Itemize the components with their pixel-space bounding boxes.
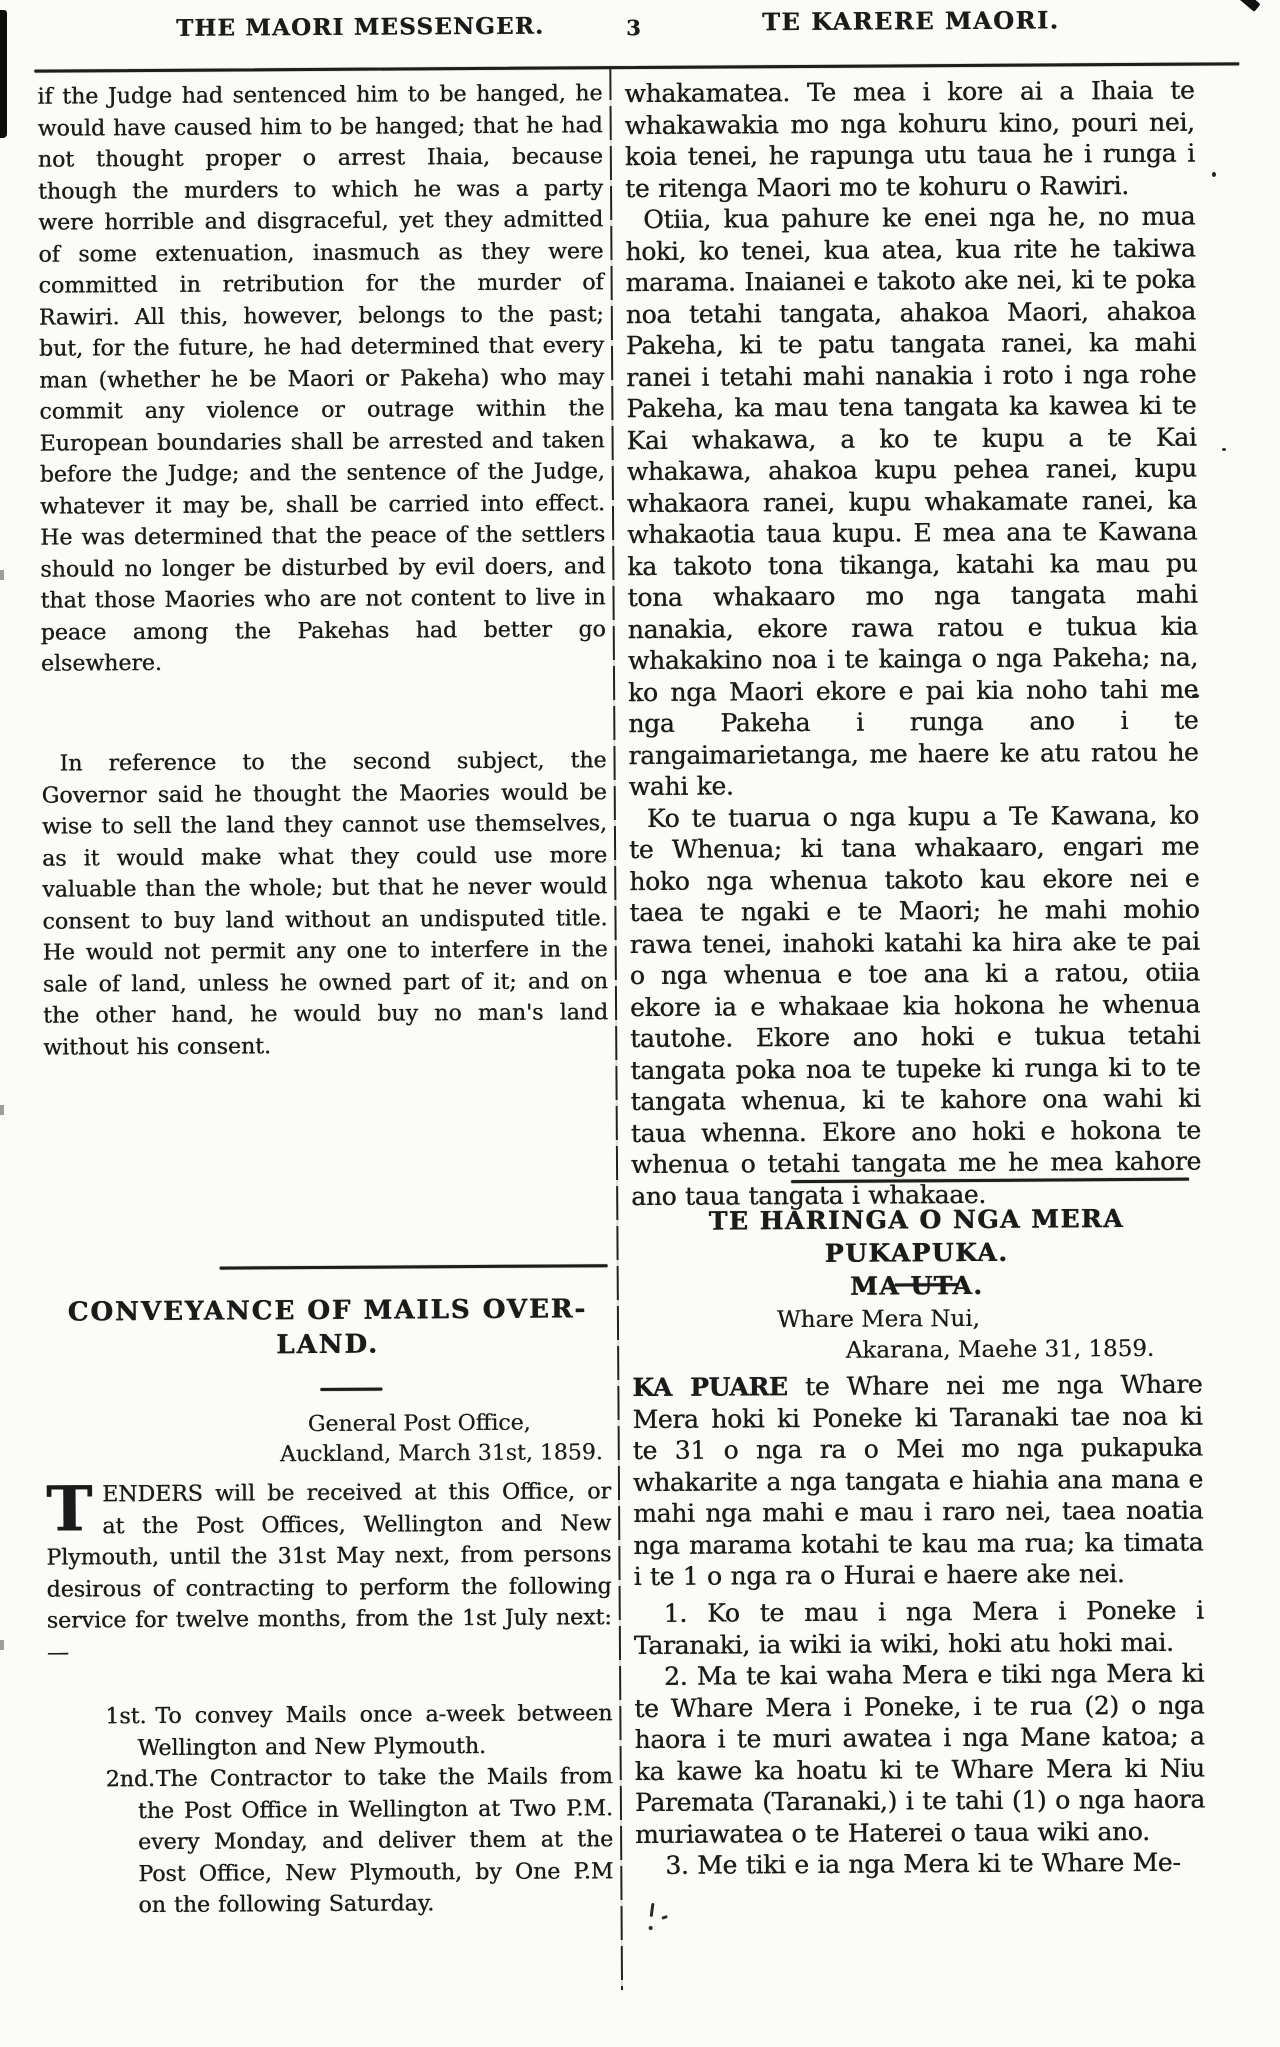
- dateline-office: Whare Mera Nui,: [632, 1303, 1202, 1337]
- dateline-date: Auckland, March 31st, 1859.: [46, 1438, 611, 1471]
- masthead-rule: [34, 62, 1239, 72]
- maori-paragraph-whenua: Ko te tuarua o nga kupu a Te Kawana, ko …: [629, 799, 1201, 1212]
- mera-dateline: Whare Mera Nui, Akarana, Maehe 31, 1859.: [632, 1303, 1202, 1368]
- masthead-left-title: THE MAORI MESSENGER.: [176, 13, 544, 42]
- page-number: 3: [626, 15, 641, 40]
- mails-dateline: General Post Office, Auckland, March 31s…: [46, 1408, 611, 1471]
- tenders-paragraph: TENDERS will be received at this Office,…: [46, 1476, 612, 1668]
- mera-heading-line1: TE HARINGA O NGA MERA PUKAPUKA.: [631, 1202, 1201, 1271]
- ink-speck: [1192, 694, 1199, 698]
- scan-edge-artifact: [0, 1105, 4, 1115]
- list-item-text: Ma te kai waha Mera e tiki nga Mera ki t…: [634, 1659, 1205, 1849]
- mails-article-heading: CONVEYANCE OF MAILS OVER- LAND.: [45, 1292, 610, 1363]
- mera-article-heading: TE HARINGA O NGA MERA PUKAPUKA. MA UTA.: [631, 1202, 1202, 1304]
- english-paragraph-land: In reference to the second subject, the …: [41, 745, 608, 1063]
- maori-paragraph-whakamatea: whakamatea. Te mea i kore ai a Ihaia te …: [624, 75, 1195, 204]
- newspaper-page: THE MAORI MESSENGER. 3 TE KARERE MAORI. …: [0, 0, 1280, 2047]
- list-item-label: 2.: [664, 1662, 687, 1691]
- drop-cap-initial: T: [46, 1483, 92, 1535]
- list-item-text: Me tiki e ia nga Mera ki te Whare Me-: [697, 1848, 1180, 1880]
- list-item-text: The Contractor to take the Mails from th…: [138, 1764, 614, 1918]
- ink-mark: [650, 1903, 655, 1917]
- maori-article-paragraphs: whakamatea. Te mea i kore ai a Ihaia te …: [624, 75, 1201, 1212]
- list-item: 3. Me tiki e ia nga Mera ki te Whare Me-: [635, 1847, 1205, 1882]
- maori-paragraph-otiia: Otiia, kua pahure ke enei nga he, no mua…: [625, 201, 1199, 803]
- puare-body-text: te Whare nei me nga Whare Mera hoki ki P…: [632, 1370, 1203, 1591]
- mails-service-list: 1st.To convey Mails once a-week between …: [47, 1698, 613, 1922]
- ink-mark: [661, 1915, 668, 1920]
- scan-edge-artifact: [0, 570, 4, 580]
- article-separator-rule: [220, 1264, 608, 1269]
- dateline-date: Akarana, Maehe 31, 1859.: [632, 1334, 1202, 1368]
- puare-paragraph: KA PUARE te Whare nei me nga Whare Mera …: [632, 1369, 1203, 1593]
- mera-service-list: 1. Ko te mau i nga Mera i Poneke i Taran…: [634, 1595, 1206, 1882]
- list-item-label: 1.: [664, 1599, 687, 1628]
- ink-mark: [649, 1926, 653, 1930]
- list-item: 2. Ma te kai waha Mera e tiki nga Mera k…: [634, 1658, 1205, 1850]
- list-item: 2nd.The Contractor to take the Mails fro…: [48, 1761, 614, 1922]
- list-item: 1. Ko te mau i nga Mera i Poneke i Taran…: [634, 1595, 1204, 1661]
- ink-speck: [1222, 448, 1226, 451]
- list-item-text: Ko te mau i nga Mera i Poneke i Taranaki…: [634, 1596, 1204, 1660]
- list-item-label: 1st.: [105, 1701, 155, 1733]
- mails-heading-line2: LAND.: [45, 1326, 610, 1363]
- ink-speck: [1212, 172, 1216, 177]
- scanned-page-content: THE MAORI MESSENGER. 3 TE KARERE MAORI. …: [0, 0, 1280, 2047]
- mera-heading-rule: [895, 1283, 959, 1286]
- mails-heading-line1: CONVEYANCE OF MAILS OVER-: [45, 1292, 610, 1329]
- list-item-text: To convey Mails once a-week between Well…: [137, 1701, 612, 1760]
- list-item-label: 2nd.: [106, 1764, 156, 1796]
- tenders-body-text: ENDERS will be received at this Office, …: [46, 1479, 612, 1665]
- scan-edge-artifact: [0, 1640, 4, 1650]
- list-item: 1st.To convey Mails once a-week between …: [47, 1698, 612, 1764]
- scan-edge-artifact: [0, 10, 7, 138]
- puare-lead-text: KA PUARE: [632, 1372, 787, 1402]
- masthead-right-title: TE KARERE MAORI.: [762, 5, 1060, 36]
- english-paragraph-judgement: if the Judge had sentenced him to be han…: [37, 78, 606, 680]
- dateline-office: General Post Office,: [46, 1408, 611, 1441]
- list-item-label: 3.: [665, 1851, 688, 1880]
- mails-heading-rule: [320, 1388, 382, 1391]
